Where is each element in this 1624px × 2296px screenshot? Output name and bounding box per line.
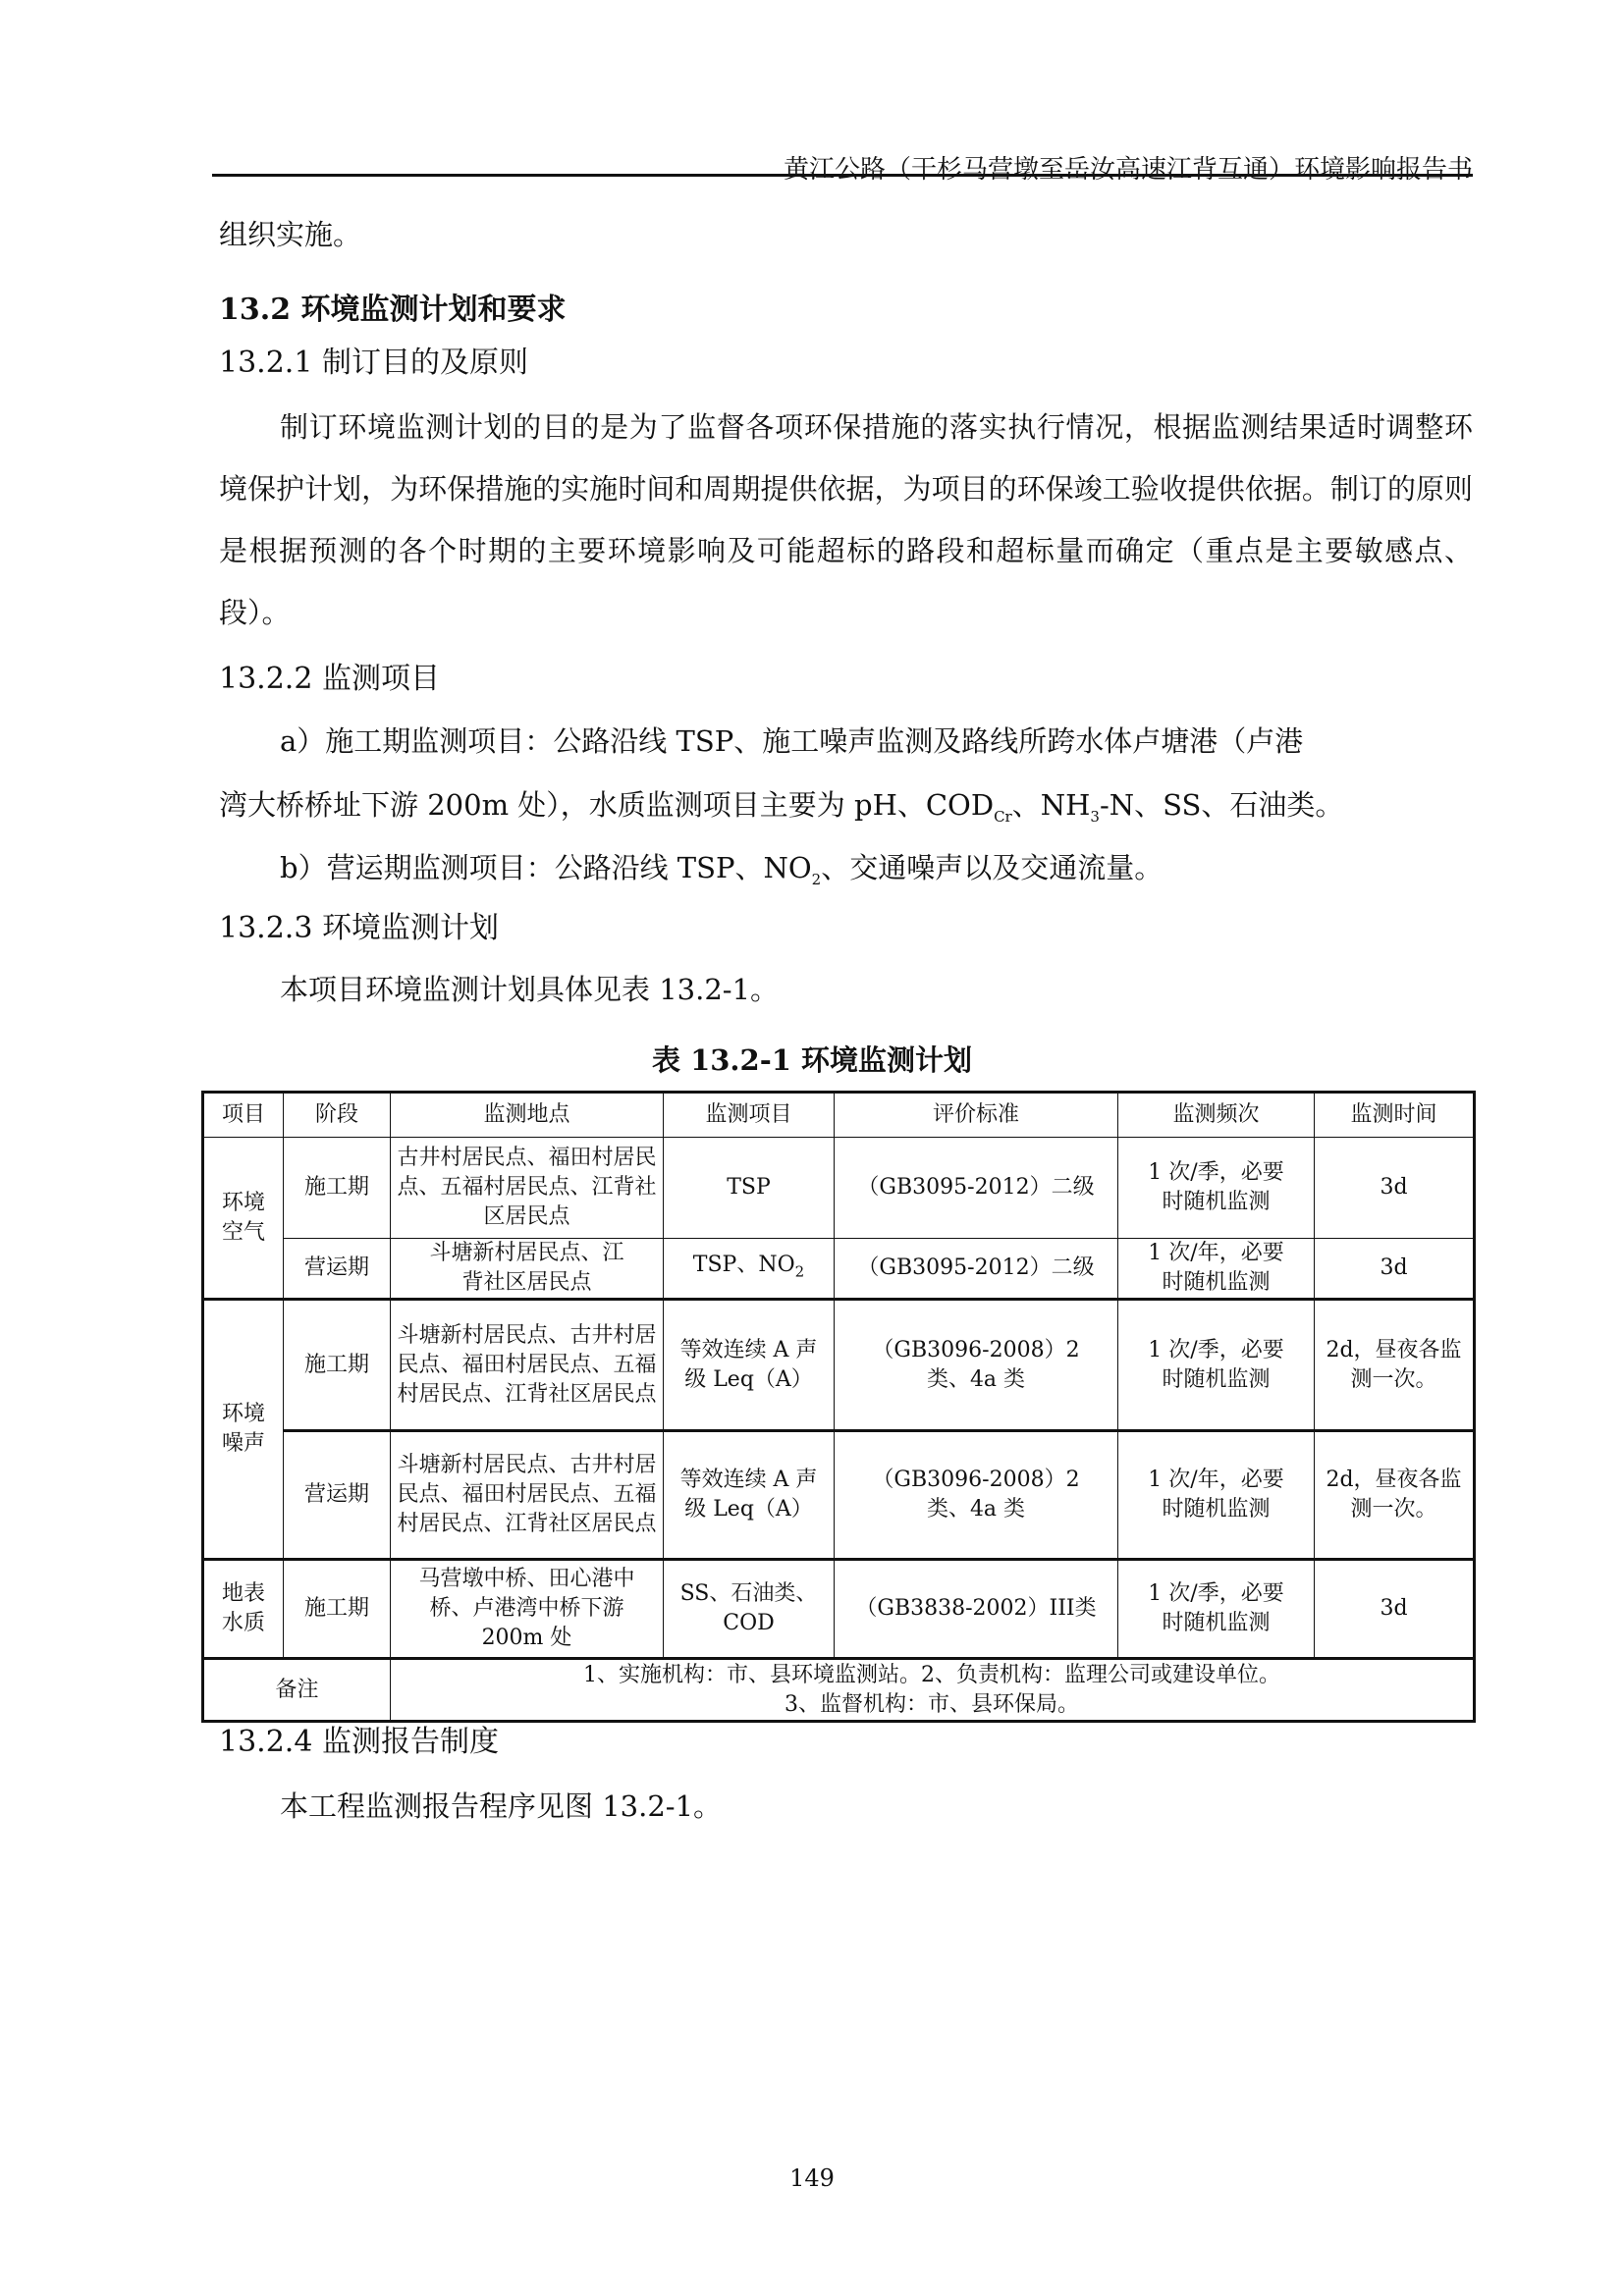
paragraph-purpose: 制订环境监测计划的目的是为了监督各项环保措施的落实执行情况，根据监测结果适时调整… [219, 397, 1473, 644]
item-cell: SS、石油类、COD [664, 1560, 835, 1659]
table-row: 地表水质 施工期 马营墩中桥、田心港中桥、卢港湾中桥下游 200m 处 SS、石… [203, 1560, 1475, 1659]
location-cell: 斗塘新村居民点、古井村居民点、福田村居民点、五福村居民点、江背社区居民点 [391, 1300, 664, 1431]
stage-cell: 施工期 [284, 1300, 391, 1431]
remarks-row: 备注 1、实施机构：市、县环境监测站。2、负责机构：监理公司或建设单位。 3、监… [203, 1659, 1475, 1722]
standard-cell: （GB3096-2008）2 类、4a 类 [835, 1300, 1118, 1431]
standard-cell: （GB3096-2008）2 类、4a 类 [835, 1431, 1118, 1560]
location-cell: 斗塘新村居民点、江背社区居民点 [391, 1239, 664, 1300]
frequency-cell: 1 次/季，必要时随机监测 [1118, 1560, 1315, 1659]
table-row: 环境空气 施工期 古井村居民点、福田村居民点、五福村居民点、江背社区居民点 TS… [203, 1138, 1475, 1239]
frequency-cell: 1 次/季，必要时随机监测 [1118, 1138, 1315, 1239]
frequency-cell: 1 次/年，必要时随机监测 [1118, 1239, 1315, 1300]
table-row: 营运期 斗塘新村居民点、江背社区居民点 TSP、NO2 （GB3095-2012… [203, 1239, 1475, 1300]
standard-cell: （GB3095-2012）二级 [835, 1239, 1118, 1300]
table-row: 营运期 斗塘新村居民点、古井村居民点、福田村居民点、五福村居民点、江背社区居民点… [203, 1431, 1475, 1560]
section-heading-13-2-4: 13.2.4 监测报告制度 [219, 1726, 499, 1759]
duration-cell: 3d [1315, 1138, 1475, 1239]
standard-cell: （GB3838-2002）III类 [835, 1560, 1118, 1659]
duration-cell: 2d，昼夜各监测一次。 [1315, 1431, 1475, 1560]
header-cell: 评价标准 [835, 1093, 1118, 1138]
item-cell: TSP、NO2 [664, 1239, 835, 1300]
standard-cell: （GB3095-2012）二级 [835, 1138, 1118, 1239]
header-cell: 监测地点 [391, 1093, 664, 1138]
item-a-line2: 湾大桥桥址下游 200m 处），水质监测项目主要为 pH、CODCr、NH3-N… [219, 788, 1343, 833]
paragraph-see-figure: 本工程监测报告程序见图 13.2-1。 [280, 1789, 722, 1823]
remarks-line-2: 3、监督机构：市、县环保局。 [395, 1690, 1469, 1720]
page-number: 149 [0, 2164, 1624, 2192]
group-cell-air: 环境空气 [203, 1138, 284, 1300]
duration-cell: 3d [1315, 1560, 1475, 1659]
stage-cell: 施工期 [284, 1560, 391, 1659]
section-heading-13-2-2: 13.2.2 监测项目 [219, 663, 440, 696]
item-b-line: b）营运期监测项目：公路沿线 TSP、NO2、交通噪声以及交通流量。 [280, 851, 1163, 896]
frequency-cell: 1 次/年，必要时随机监测 [1118, 1431, 1315, 1560]
location-cell: 古井村居民点、福田村居民点、五福村居民点、江背社区居民点 [391, 1138, 664, 1239]
header-cell: 阶段 [284, 1093, 391, 1138]
stage-cell: 营运期 [284, 1239, 391, 1300]
duration-cell: 3d [1315, 1239, 1475, 1300]
header-cell: 监测时间 [1315, 1093, 1475, 1138]
stage-cell: 营运期 [284, 1431, 391, 1560]
frequency-cell: 1 次/季，必要时随机监测 [1118, 1300, 1315, 1431]
section-heading-13-2-3: 13.2.3 环境监测计划 [219, 912, 499, 945]
item-cell: TSP [664, 1138, 835, 1239]
section-heading-13-2-1: 13.2.1 制订目的及原则 [219, 347, 528, 380]
running-header: 黄江公路（干杉马营墩至岳汝高速江背互通）环境影响报告书 [746, 149, 1473, 186]
remarks-content: 1、实施机构：市、县环境监测站。2、负责机构：监理公司或建设单位。 3、监督机构… [391, 1659, 1475, 1722]
duration-cell: 2d，昼夜各监测一次。 [1315, 1300, 1475, 1431]
group-cell-water: 地表水质 [203, 1560, 284, 1659]
header-cell: 监测频次 [1118, 1093, 1315, 1138]
item-cell: 等效连续 A 声级 Leq（A） [664, 1300, 835, 1431]
table-row: 环境噪声 施工期 斗塘新村居民点、古井村居民点、福田村居民点、五福村居民点、江背… [203, 1300, 1475, 1431]
remarks-line-1: 1、实施机构：市、县环境监测站。2、负责机构：监理公司或建设单位。 [395, 1661, 1469, 1690]
item-cell: 等效连续 A 声级 Leq（A） [664, 1431, 835, 1560]
header-cell: 监测项目 [664, 1093, 835, 1138]
item-a-line1: a）施工期监测项目：公路沿线 TSP、施工噪声监测及路线所跨水体卢塘港（卢港 [280, 724, 1303, 758]
location-cell: 斗塘新村居民点、古井村居民点、福田村居民点、五福村居民点、江背社区居民点 [391, 1431, 664, 1560]
header-rule [212, 174, 1473, 177]
table-header-row: 项目 阶段 监测地点 监测项目 评价标准 监测频次 监测时间 [203, 1093, 1475, 1138]
remarks-label: 备注 [203, 1659, 391, 1722]
monitoring-plan-table: 项目 阶段 监测地点 监测项目 评价标准 监测频次 监测时间 环境空气 施工期 … [201, 1091, 1476, 1723]
section-heading-13-2: 13.2 环境监测计划和要求 [219, 285, 567, 328]
group-cell-noise: 环境噪声 [203, 1300, 284, 1560]
header-cell: 项目 [203, 1093, 284, 1138]
lead-line: 组织实施。 [219, 218, 361, 251]
paragraph-see-table: 本项目环境监测计划具体见表 13.2-1。 [280, 973, 779, 1006]
table-caption: 表 13.2-1 环境监测计划 [0, 1039, 1624, 1079]
stage-cell: 施工期 [284, 1138, 391, 1239]
location-cell: 马营墩中桥、田心港中桥、卢港湾中桥下游 200m 处 [391, 1560, 664, 1659]
